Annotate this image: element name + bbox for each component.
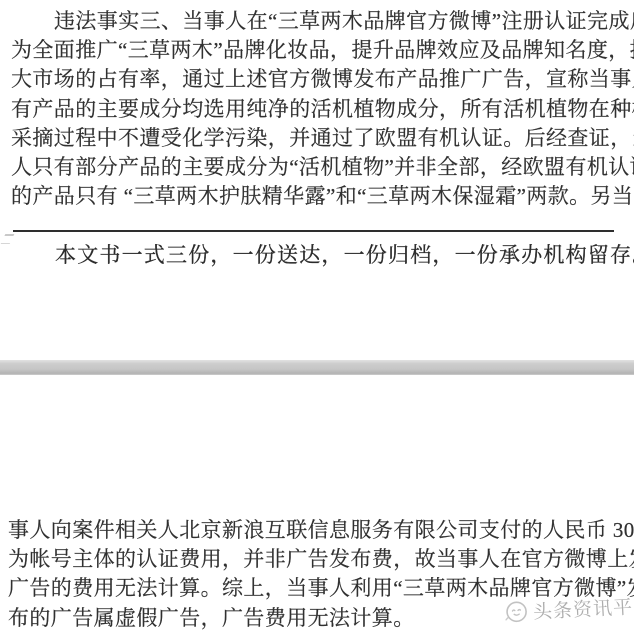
- horizontal-rule: [13, 230, 614, 232]
- paragraph-line: 违法事实三、当事人在“三草两木品牌官方微博”注册认证完成后，: [11, 7, 619, 36]
- watermark-label: 头条资讯平台: [532, 591, 634, 624]
- paragraph-line: 大市场的占有率，通过上述官方微博发布产品推广广告，宣称当事人所: [11, 65, 619, 94]
- paragraph-line: 人只有部分产品的主要成分为“活机植物”并非全部，经欧盟有机认证: [11, 153, 619, 182]
- copies-note: 本文书一式三份，一份送达，一份归档，一份承办机构留存。: [11, 241, 621, 270]
- page-break-band: [0, 360, 634, 375]
- scanned-document-page: 违法事实三、当事人在“三草两木品牌官方微博”注册认证完成后， 为全面推广“三草两…: [0, 0, 634, 635]
- paragraph-violation-fact-three: 违法事实三、当事人在“三草两木品牌官方微博”注册认证完成后， 为全面推广“三草两…: [11, 7, 619, 211]
- paragraph-line: 的产品只有 “三草两木护肤精华露”和“三草两木保湿霜”两款。另当: [11, 182, 619, 211]
- paragraph-line: 事人向案件相关人北京新浪互联信息服务有限公司支付的人民币 300 元: [8, 516, 620, 545]
- toutiao-logo-icon: [504, 600, 528, 624]
- paragraph-line: 有产品的主要成分均选用纯净的活机植物成分，所有活机植物在种植及: [11, 95, 619, 124]
- paragraph-line: 为全面推广“三草两木”品牌化妆品，提升品牌效应及品牌知名度，扩: [11, 36, 619, 65]
- paragraph-line: 采摘过程中不遭受化学污染，并通过了欧盟有机认证。后经查证，当事: [11, 124, 619, 153]
- paragraph-line: 为帐号主体的认证费用，并非广告发布费，故当事人在官方微博上发布: [8, 545, 620, 574]
